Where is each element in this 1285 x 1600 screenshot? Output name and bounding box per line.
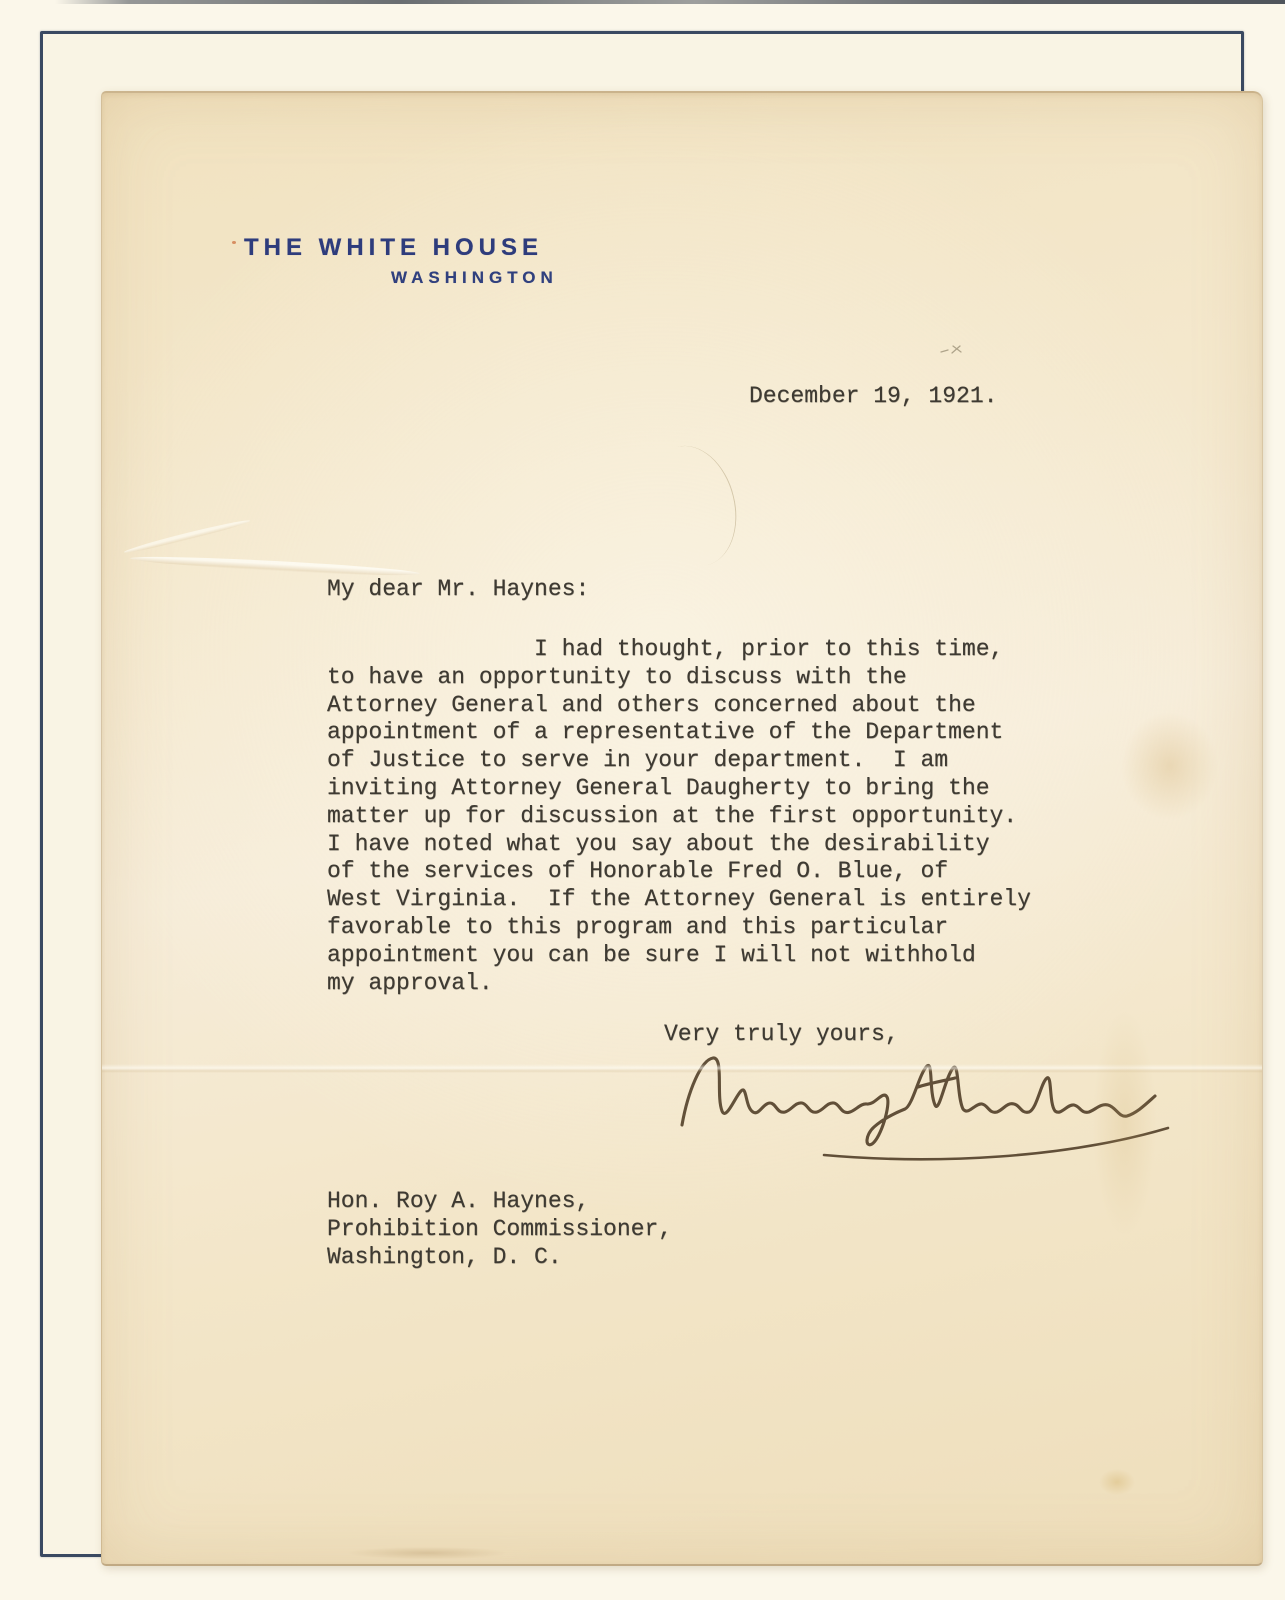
paper-speck: [232, 241, 236, 244]
body-line: appointment of a representative of the D…: [327, 719, 1031, 747]
body-line: Attorney General and others concerned ab…: [327, 692, 1031, 720]
pencil-mark: [940, 343, 966, 357]
body-paragraph: I had thought, prior to this time, to ha…: [327, 636, 1031, 997]
recipient-address: Hon. Roy A. Haynes, Prohibition Commissi…: [327, 1188, 672, 1271]
letterhead-subtitle: WASHINGTON: [391, 266, 558, 290]
body-line: my approval.: [327, 970, 1031, 998]
body-line: of Justice to serve in your department. …: [327, 747, 1031, 775]
paper-crease: [130, 553, 420, 578]
recipient-city: Washington, D. C.: [327, 1244, 672, 1272]
stain: [327, 1545, 527, 1561]
letterhead-title: THE WHITE HOUSE: [244, 233, 543, 263]
paper-crease: [123, 517, 251, 555]
stain: [1102, 691, 1237, 841]
date-line: December 19, 1921.: [749, 383, 997, 411]
body-line: of the services of Honorable Fred O. Blu…: [327, 858, 1031, 886]
salutation: My dear Mr. Haynes:: [327, 576, 589, 604]
paper-scratch: [637, 437, 749, 576]
body-line: West Virginia. If the Attorney General i…: [327, 886, 1031, 914]
body-line: I have noted what you say about the desi…: [327, 831, 1031, 859]
body-line: matter up for discussion at the first op…: [327, 803, 1031, 831]
ink-border-frame: THE WHITE HOUSE WASHINGTON December 19, …: [40, 31, 1244, 1557]
recipient-title: Prohibition Commissioner,: [327, 1216, 672, 1244]
stain: [1082, 973, 1167, 1273]
stain: [1094, 1465, 1140, 1499]
scanner-edge-artifact: [55, 0, 1285, 4]
body-line: to have an opportunity to discuss with t…: [327, 664, 1031, 692]
scanned-letter-page: { "scan": { "frame_color": "#3a4961", "p…: [0, 0, 1285, 1600]
recipient-name: Hon. Roy A. Haynes,: [327, 1188, 672, 1216]
body-line: favorable to this program and this parti…: [327, 914, 1031, 942]
body-line: inviting Attorney General Daugherty to b…: [327, 775, 1031, 803]
body-line: appointment you can be sure I will not w…: [327, 942, 1031, 970]
body-line: I had thought, prior to this time,: [327, 636, 1031, 664]
letter-paper: THE WHITE HOUSE WASHINGTON December 19, …: [101, 91, 1263, 1566]
